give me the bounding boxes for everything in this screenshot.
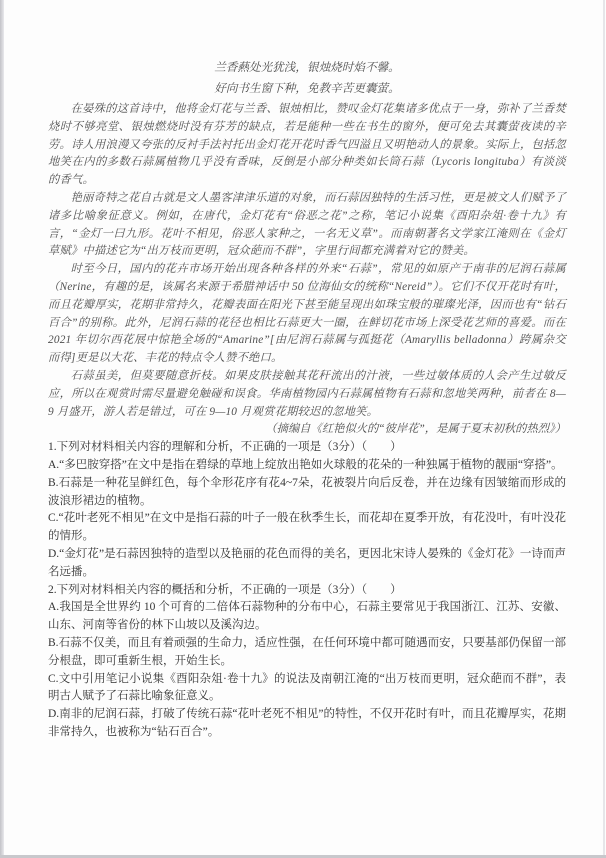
question-1-stem: 1.下列对材料相关内容的理解和分析，不正确的一项是（3分）（ ） [48,439,566,457]
question-1-option-c: C.“花叶老死不相见”在文中是指石蒜的叶子一般在秋季生长，而花却在夏季开放，有花… [48,510,566,546]
quoted-poem: 兰香爇处光犹浅，银烛烧时焰不馨。 好向书生窗下种，免教辛苦更囊萤。 [48,57,566,99]
material-paragraph-1: 在晏殊的这首诗中，他将金灯花与兰香、银烛相比，赞叹金灯花集诸多优点于一身，弥补了… [48,101,566,190]
question-1-option-b: B.石蒜是一种花呈鲜红色，每个伞形花序有花4~7朵，花被裂片向后反卷，并在边缘有… [48,475,566,511]
question-2-stem: 2.下列对材料相关内容的概括和分析，不正确的一项是（3分）（ ） [48,582,566,600]
material-paragraph-2: 艳丽奇特之花自古就是文人墨客津津乐道的对象，而石蒜因独特的生活习性，更是被文人们… [48,190,566,261]
reading-material: 在晏殊的这首诗中，他将金灯花与兰香、银烛相比，赞叹金灯花集诸多优点于一身，弥补了… [48,101,566,439]
exam-page-scan: 兰香爇处光犹浅，银烛烧时焰不馨。 好向书生窗下种，免教辛苦更囊萤。 在晏殊的这首… [0,0,606,858]
question-1-option-a: A.“多巴胺穿搭”在文中是指在碧绿的草地上绽放出艳如火球般的花朵的一种独属于植物… [48,457,566,475]
material-paragraph-3: 时至今日，国内的花卉市场开始出现各种各样的外来“石蒜”，常见的如原产于南非的尼润… [48,261,566,368]
poem-line-1: 兰香爇处光犹浅，银烛烧时焰不馨。 [48,57,566,78]
source-attribution: （摘编自《红艳似火的“彼岸花”，是属于夏末初秋的热烈》） [48,421,566,439]
scan-edge-left [0,0,4,858]
material-paragraph-4: 石蒜虽美，但莫要随意折枝。如果皮肤接触其花秆流出的汁液，一些过敏体质的人会产生过… [48,368,566,421]
question-2-option-b: B.石蒜不仅美，而且有着顽强的生命力，适应性强，在任何环境中都可随遇而安，只要基… [48,635,566,671]
question-2-option-a: A.我国是全世界约 10 个可育的二倍体石蒜物种的分布中心，石蒜主要常见于我国浙… [48,599,566,635]
question-2-option-d: D.南非的尼润石蒜，打破了传统石蒜“花叶老死不相见”的特性，不仅开花时有叶，而且… [48,706,566,742]
page-content: 兰香爇处光犹浅，银烛烧时焰不馨。 好向书生窗下种，免教辛苦更囊萤。 在晏殊的这首… [48,57,566,742]
question-1-option-d: D.“金灯花”是石蒜因独特的造型以及艳丽的花色而得的美名，更因北宋诗人晏殊的《金… [48,546,566,582]
question-2-block: 2.下列对材料相关内容的概括和分析，不正确的一项是（3分）（ ） A.我国是全世… [48,582,566,742]
question-2-option-c: C.文中引用笔记小说集《酉阳杂俎·卷十九》的说法及南朝江淹的“出万枝而更明，冠众… [48,671,566,707]
scan-edge-right [603,0,605,858]
question-1-block: 1.下列对材料相关内容的理解和分析，不正确的一项是（3分）（ ） A.“多巴胺穿… [48,439,566,581]
poem-line-2: 好向书生窗下种，免教辛苦更囊萤。 [48,78,566,99]
